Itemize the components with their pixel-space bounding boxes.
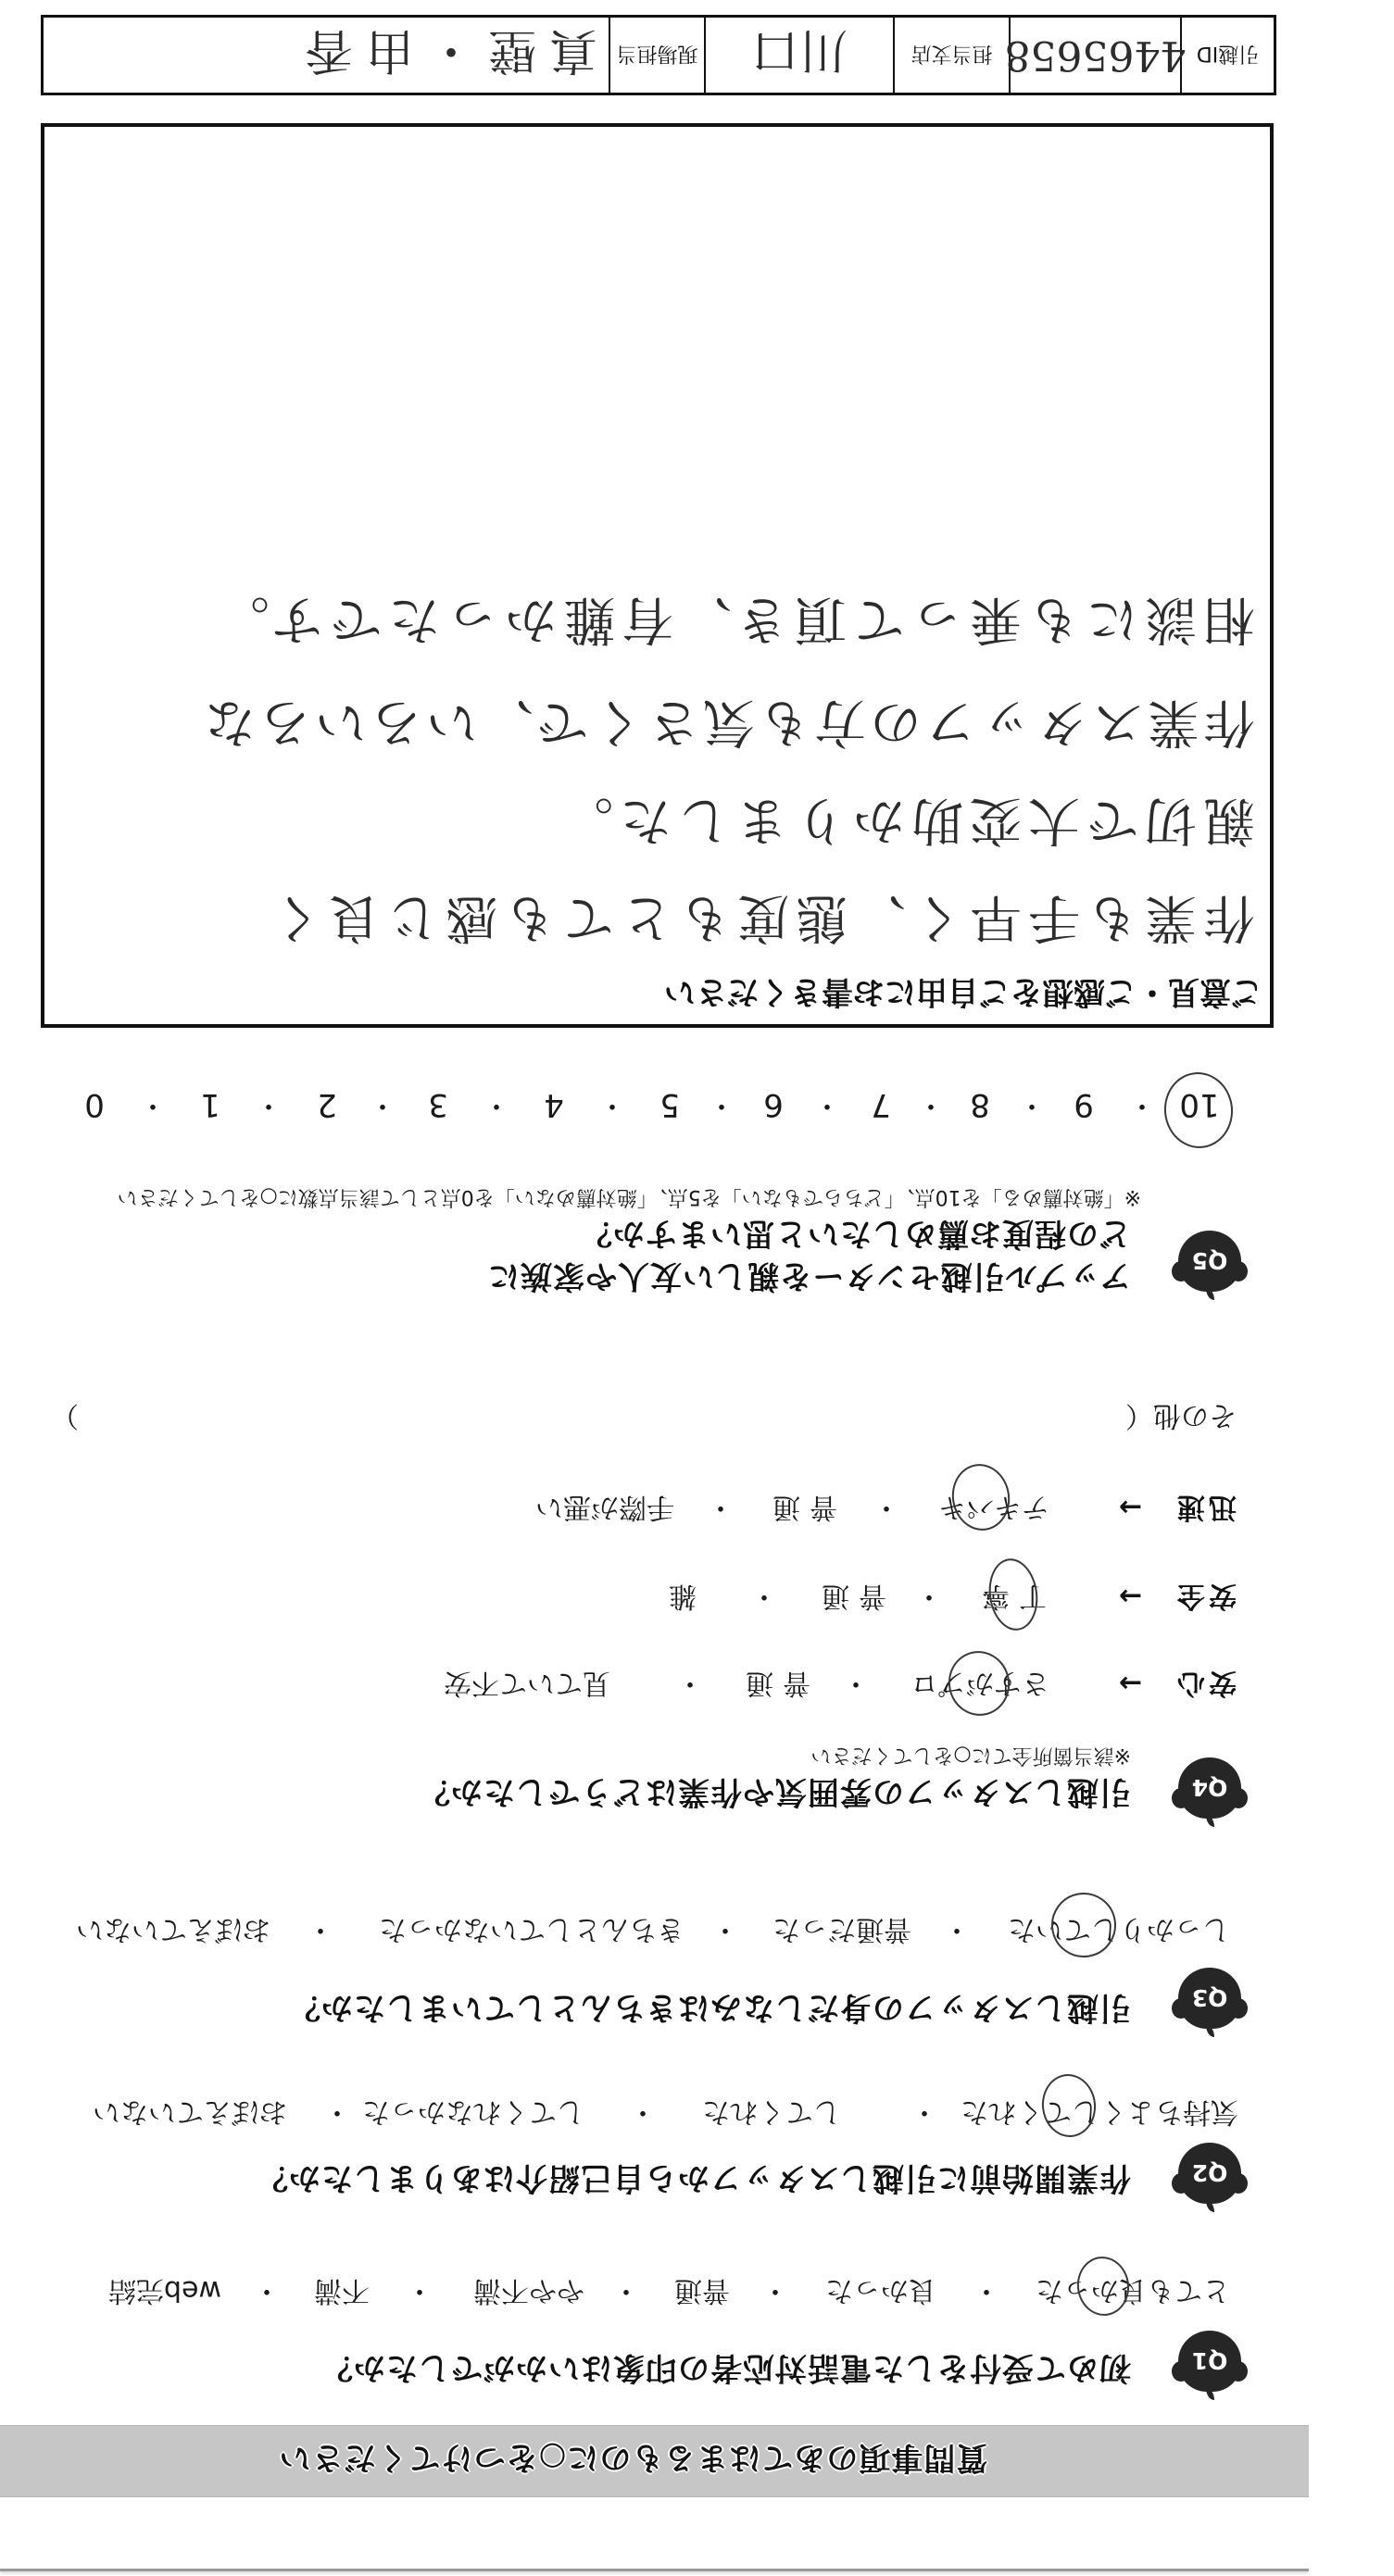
q1-option: やや不満 (473, 2276, 584, 2304)
score-9: 9 (1056, 1089, 1111, 1120)
score-4: 4 (526, 1089, 582, 1120)
q1-option: 良かった (825, 2276, 936, 2304)
q4-row-label-jinsoku: 迅速 (1174, 1493, 1237, 1520)
q2-option: 気持ちよくしてくれた (961, 2097, 1238, 2125)
q4-note: ※該当箇所全てに○をしてください (810, 1744, 1131, 1765)
branch-label: 担当支店 (911, 41, 993, 69)
separator: ・ (917, 1091, 945, 1119)
branch-value: 川口 (751, 20, 848, 90)
q5-question-line2: どの程度お薦めしたいと思いますか？ (580, 1218, 1131, 1249)
arrow-right-icon: → (1119, 1582, 1142, 1609)
q4-option: 普通 (812, 1582, 886, 1609)
separator: ・ (707, 1493, 735, 1520)
q5-selection-circle (1161, 1069, 1237, 1151)
q1-question: 初めて受付をした電話対応者の印象はいかがでしたか？ (320, 2352, 1131, 2383)
handwritten-comment-line: 相談にも乗って頂き、有難かったです。 (211, 593, 1255, 644)
q1-selection-circle (1074, 2253, 1133, 2319)
q4-option: 見ていて不安 (444, 1669, 610, 1696)
branch-value-cell: 川口 (704, 18, 893, 93)
staff-label-cell: 現場担当 (609, 18, 704, 93)
instruction-banner: 質問事項のあてはまるものに○をつけてください (0, 2425, 1309, 2497)
separator: ・ (483, 1091, 510, 1119)
score-2: 2 (299, 1089, 355, 1120)
staff-value: 真壁・由香 (292, 20, 597, 90)
q4-jinsoku-selection-circle (947, 1459, 1015, 1535)
footer-info-table: 引越ID 4465658 担当支店 川口 現場担当 真壁・由香 (41, 15, 1276, 95)
score-5: 5 (642, 1089, 697, 1120)
staff-value-cell: 真壁・由香 (44, 18, 609, 93)
score-0: 0 (67, 1089, 122, 1120)
q4-row-label-anzen: 安全 (1174, 1582, 1237, 1609)
separator: ・ (943, 1915, 971, 1943)
q2-badge-label: Q2 (1192, 2160, 1228, 2187)
separator: ・ (676, 1669, 704, 1696)
separator: ・ (139, 1091, 167, 1119)
q2-option: してくれた (702, 2097, 841, 2125)
separator: ・ (873, 1493, 900, 1520)
q4-option: 普通 (763, 1493, 837, 1520)
q4-option: 雑 (669, 1582, 697, 1609)
score-8: 8 (952, 1089, 1008, 1120)
q4-badge-label: Q4 (1192, 1775, 1228, 1802)
branch-label-cell: 担当支店 (893, 18, 1009, 93)
handwritten-comment-line: 親切で大変助かりました。 (555, 794, 1255, 845)
separator: ・ (761, 2276, 789, 2304)
separator: ・ (1018, 1091, 1046, 1119)
q2-question: 作業開始前に引越しスタッフから自己紹介はありましたか？ (256, 2162, 1131, 2194)
separator: ・ (973, 2276, 1000, 2304)
q2-apple-badge-icon: Q2 (1171, 2142, 1249, 2212)
q3-option: おぼえていない (76, 1915, 270, 1943)
separator: ・ (369, 1091, 396, 1119)
q4-other-label: その他（ (1125, 1401, 1237, 1429)
staff-label: 現場担当 (617, 41, 698, 69)
banner-text: 質問事項のあてはまるものに○をつけてください (279, 2439, 1031, 2484)
separator: ・ (708, 1091, 735, 1119)
handwritten-comment-line: 作業スタッフの方も気さくで、いろいろな (200, 695, 1255, 747)
q1-option: web完結 (108, 2276, 221, 2304)
move-id-label: 引越ID (1197, 41, 1259, 69)
q4-apple-badge-icon: Q4 (1171, 1757, 1249, 1827)
move-id-value-cell: 4465658 (1009, 18, 1180, 93)
q4-other-close: ） (51, 1401, 79, 1429)
separator: ・ (323, 2097, 351, 2125)
q5-badge-label: Q5 (1192, 1248, 1228, 1275)
q1-option: 普通 (674, 2276, 730, 2304)
q3-badge-label: Q3 (1192, 1985, 1228, 2012)
handwritten-comment-line: 作業も手早く、態度もとても感じ良く (264, 891, 1255, 943)
separator: ・ (255, 1091, 283, 1119)
page-edge (0, 2569, 1309, 2571)
comments-heading: ご意見・ご感想をご自由にお書きください (664, 976, 1262, 1007)
separator: ・ (1128, 1091, 1156, 1119)
move-id-label-cell: 引越ID (1180, 18, 1274, 93)
q3-apple-badge-icon: Q3 (1171, 1967, 1249, 2037)
q3-selection-circle (1046, 1887, 1121, 1962)
q4-row-label-anshin: 安心 (1174, 1669, 1237, 1696)
separator: ・ (406, 2276, 433, 2304)
q4-option: 手際が悪い (535, 1493, 674, 1520)
q4-anzen-selection-circle (985, 1556, 1042, 1633)
separator: ・ (813, 1091, 841, 1119)
separator: ・ (307, 1915, 334, 1943)
separator: ・ (253, 2276, 281, 2304)
score-3: 3 (410, 1089, 466, 1120)
separator: ・ (915, 1582, 943, 1609)
q3-option: 普通だった (772, 1915, 911, 1943)
q2-option: してくれなかった (362, 2097, 584, 2125)
q5-note: ※「絶対薦める」を10点、「どちらでもない」を5点、「絶対薦めない」を0点として… (118, 1186, 1141, 1207)
arrow-right-icon: → (1119, 1493, 1142, 1520)
q5-apple-badge-icon: Q5 (1171, 1230, 1249, 1300)
move-id-value: 4465658 (1005, 31, 1187, 79)
q1-option: 不満 (314, 2276, 370, 2304)
separator: ・ (629, 2097, 657, 2125)
separator: ・ (842, 1669, 870, 1696)
q1-apple-badge-icon: Q1 (1171, 2330, 1249, 2400)
q1-option: とても良かった (1036, 2276, 1230, 2304)
separator: ・ (598, 1091, 626, 1119)
separator: ・ (910, 2097, 938, 2125)
q2-option: おぼえていない (93, 2097, 287, 2125)
q5-question-line1: アップル引越センターを親しい友人や家族に (487, 1260, 1131, 1292)
separator: ・ (750, 1582, 778, 1609)
separator: ・ (711, 1915, 739, 1943)
q4-anshin-selection-circle (942, 1645, 1015, 1721)
arrow-right-icon: → (1119, 1669, 1142, 1696)
q2-selection-circle (1039, 2071, 1099, 2140)
q4-question: 引越しスタッフの雰囲気や作業はどうでしたか？ (418, 1776, 1131, 1807)
score-7: 7 (853, 1089, 909, 1120)
q3-option: きちんとしていなかった (379, 1915, 684, 1943)
q3-question: 引越しスタッフの身だしなみはきちんとしていましたか？ (288, 1992, 1131, 2023)
scanned-survey-page: 質問事項のあてはまるものに○をつけてください Q1 初めて受付をした電話対応者の… (0, 0, 1394, 2576)
q3-option: しっかりしていた (1008, 1915, 1230, 1943)
q4-option: 普通 (736, 1669, 810, 1696)
separator: ・ (612, 2276, 640, 2304)
q1-badge-label: Q1 (1192, 2348, 1228, 2375)
score-1: 1 (182, 1089, 238, 1120)
score-6: 6 (746, 1089, 801, 1120)
